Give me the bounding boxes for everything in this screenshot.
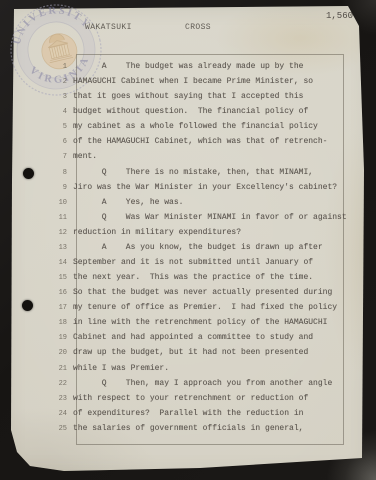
line-text: my cabinet as a whole followed the finan… xyxy=(73,122,318,131)
transcript-line: 25the salaries of government officials i… xyxy=(50,419,350,434)
line-text: while I was Premier. xyxy=(73,364,169,373)
transcript-line: 3that it goes without saying that I acce… xyxy=(50,87,350,102)
header-witness-name: WAKATSUKI xyxy=(85,23,132,32)
scanned-transcript-page: UNIVERSITY VIRGINIA xyxy=(0,0,376,480)
transcript-line: 24of expenditures? Parallel with the red… xyxy=(50,404,350,419)
line-text: of expenditures? Parallel with the reduc… xyxy=(73,409,303,418)
transcript-line: 18in line with the retrenchment policy o… xyxy=(50,313,350,328)
transcript-line: 7ment. xyxy=(50,147,350,162)
transcript-line: 22 Q Then, may I approach you from anoth… xyxy=(50,374,350,389)
transcript-line: 15the next year. This was the practice o… xyxy=(50,268,350,283)
line-text: in line with the retrenchment policy of … xyxy=(73,318,327,327)
hole-punch-bottom xyxy=(22,300,33,311)
line-text: my tenure of office as Premier. I had fi… xyxy=(73,303,337,312)
transcript-line: 1 A The budget was already made up by th… xyxy=(50,57,350,72)
transcript-line: 9Jiro was the War Minister in your Excel… xyxy=(50,178,350,193)
transcript-line: 12reduction in military expenditures? xyxy=(50,223,350,238)
line-text: So that the budget was never actually pr… xyxy=(73,288,332,297)
line-text: September and it is not submitted until … xyxy=(73,258,313,267)
transcript-line: 6of the HAMAGUCHI Cabinet, which was tha… xyxy=(50,132,350,147)
transcript-line: 2HAMAGUCHI Cabinet when I became Prime M… xyxy=(50,72,350,87)
transcript-body: 1 A The budget was already made up by th… xyxy=(50,57,350,434)
transcript-line: 19Cabinet and had appointed a committee … xyxy=(50,328,350,343)
transcript-line: 20draw up the budget, but it had not bee… xyxy=(50,343,350,358)
line-text: with respect to your retrenchment or red… xyxy=(73,394,308,403)
line-text: draw up the budget, but it had not been … xyxy=(73,348,308,357)
line-text: the next year. This was the practice of … xyxy=(73,273,313,282)
transcript-line: 16So that the budget was never actually … xyxy=(50,283,350,298)
line-text: Jiro was the War Minister in your Excell… xyxy=(73,183,337,192)
line-text: HAMAGUCHI Cabinet when I became Prime Mi… xyxy=(73,77,313,86)
transcript-line: 13 A As you know, the budget is drawn up… xyxy=(50,238,350,253)
line-text: budget without question. The financial p… xyxy=(73,107,308,116)
line-text: A As you know, the budget is drawn up af… xyxy=(73,243,323,252)
transcript-line: 21while I was Premier. xyxy=(50,359,350,374)
line-text: Q Was War Minister MINAMI in favor of or… xyxy=(73,213,347,222)
line-text: the salaries of government officials in … xyxy=(73,424,303,433)
line-text: Cabinet and had appointed a committee to… xyxy=(73,333,313,342)
page-number: 1,560 xyxy=(326,11,353,21)
line-text: Q Then, may I approach you from another … xyxy=(73,379,332,388)
line-text: reduction in military expenditures? xyxy=(73,228,241,237)
hole-punch-top xyxy=(23,168,34,179)
line-text: that it goes without saying that I accep… xyxy=(73,92,303,101)
line-text: Q There is no mistake, then, that MINAMI… xyxy=(73,168,313,177)
line-text: of the HAMAGUCHI Cabinet, which was that… xyxy=(73,137,327,146)
transcript-line: 23with respect to your retrenchment or r… xyxy=(50,389,350,404)
line-text: ment. xyxy=(73,152,97,161)
transcript-line: 5my cabinet as a whole followed the fina… xyxy=(50,117,350,132)
header-examination-type: CROSS xyxy=(185,23,211,32)
transcript-line: 17my tenure of office as Premier. I had … xyxy=(50,298,350,313)
line-number: 25 xyxy=(50,422,67,437)
line-text: A Yes, he was. xyxy=(73,198,183,207)
transcript-line: 14September and it is not submitted unti… xyxy=(50,253,350,268)
line-text: A The budget was already made up by the xyxy=(73,62,303,71)
transcript-line: 4budget without question. The financial … xyxy=(50,102,350,117)
transcript-line: 10 A Yes, he was. xyxy=(50,193,350,208)
transcript-line: 11 Q Was War Minister MINAMI in favor of… xyxy=(50,208,350,223)
transcript-line: 8 Q There is no mistake, then, that MINA… xyxy=(50,163,350,178)
